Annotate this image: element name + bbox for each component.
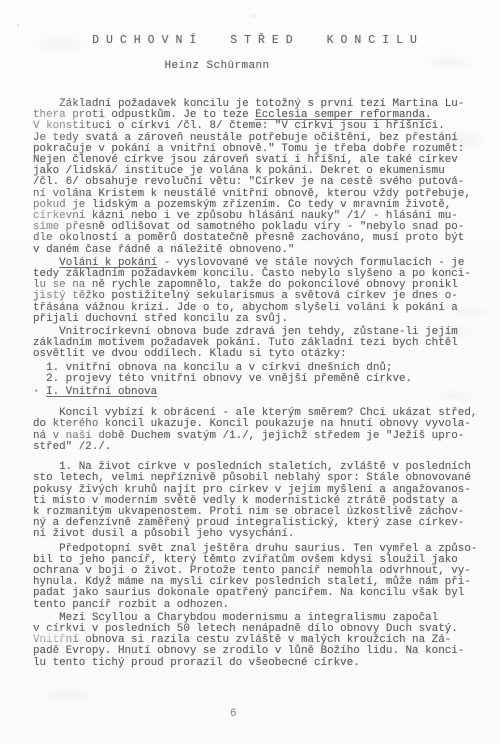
text-run: tento pancíř rozbit a odhozen.: [33, 599, 229, 611]
text-run: Mezi Scyllou a Charybdou modernismu a in…: [33, 612, 438, 624]
page-number: 6: [230, 708, 237, 720]
text-run: 2. projevy této vnitřní obnovy ve vnější…: [33, 373, 412, 385]
text-run: ní volána Kristem k neustálé vnitřní obn…: [33, 188, 471, 200]
text-run: střed" /2./.: [33, 441, 111, 453]
text-run: padě Evropy. Hnutí obnovy se zrodilo v l…: [33, 645, 464, 657]
text-run: ·: [33, 386, 46, 398]
underlined-text: I. Vnitřní obnova: [46, 386, 157, 398]
text-run: ná v naší době Duchem svatým /1./, jejic…: [33, 430, 464, 442]
text-run: pokračuje v pokání a vnitřní obnově." To…: [33, 143, 464, 155]
text-line: v daném čase řádně a náležitě obnoveno.": [33, 245, 488, 256]
text-line: lu tento tichý proud prorazil do všeobec…: [33, 658, 488, 669]
text-run: ti místo v moderním světě vedly k modern…: [33, 495, 458, 507]
text-run: ní život dusil a působil jeho vysychání.: [33, 528, 294, 540]
paragraph: Vnitrocírkevní obnova bude zdravá jen te…: [33, 327, 488, 361]
text-line: přijali duchovní střed koncilu za svůj.: [33, 314, 488, 325]
paragraph: Předpotopní svět znal ještěra druhu saur…: [33, 544, 488, 611]
text-run: V konstituci o církvi /čl. 8/ čteme: "V …: [33, 120, 445, 132]
paragraph: Mezi Scyllou a Charybdou modernismu a in…: [33, 613, 488, 669]
text-run: do kterého koncil ukazuje. Koncil poukaz…: [33, 418, 471, 430]
text-run: v daném čase řádně a náležitě obnoveno.": [33, 244, 294, 256]
text-line: střed" /2./.: [33, 442, 488, 453]
paragraph: Volání k pokání - vyslovované ve stále n…: [33, 258, 488, 325]
text-run: 1. vnitřní obnova na koncilu a v církvi …: [33, 362, 392, 374]
document-body: Základní požadavek koncilu je totožný s …: [33, 99, 488, 669]
text-run: sto letech, velmi nepříznivě působil neb…: [33, 472, 471, 484]
text-run: Předpotopní svět znal ještěra druhu saur…: [33, 543, 477, 555]
paragraph: Koncil vybízí k obrácení - ale kterým sm…: [33, 408, 488, 453]
list-item-group: 1. vnitřní obnova na koncilu a v církvi …: [33, 363, 488, 385]
text-run: lu tento tichý proud prorazil do všeobec…: [33, 657, 360, 669]
text-run: /čl. 6/ obsahuje revoluční větu: "Církev…: [33, 176, 464, 188]
text-run: bil to jeho pancíř, který těmto zvířatům…: [33, 554, 458, 566]
text-run: jistý těžko postižitelný sekularismus a …: [33, 290, 458, 302]
text-run: osvětlit ve dvou oddílech. Kladu si tyto…: [33, 348, 347, 360]
section-heading: · I. Vnitřní obnova: [33, 387, 488, 398]
text-run: třásána vážnou krizí. Jde o to, abychom …: [33, 302, 458, 314]
document-page: DUCHOVNÍ STŘED KONCILU Heinz Schürmann Z…: [0, 0, 500, 744]
text-run: přijali duchovní střed koncilu za svůj.: [33, 313, 288, 325]
text-line: ní život dusil a působil jeho vysychání.: [33, 529, 488, 540]
page-title: DUCHOVNÍ STŘED KONCILU: [8, 34, 500, 47]
paragraph: Základní požadavek koncilu je totožný s …: [33, 99, 488, 256]
text-line: · I. Vnitřní obnova: [33, 387, 488, 398]
author-name: Heinz Schürmann: [0, 60, 467, 72]
text-line: 2. projevy této vnitřní obnovy ve vnější…: [33, 374, 488, 385]
text-line: osvětlit ve dvou oddílech. Kladu si tyto…: [33, 349, 488, 360]
paragraph: 1. Na život církve v posledních staletíc…: [33, 462, 488, 540]
text-run: padat jako saurius dokonale opatřený pan…: [33, 587, 464, 599]
text-run: dle okolností a poměrů dostatečně přesně…: [33, 232, 464, 244]
text-run: Je tedy svatá a zároveň neustále potřebu…: [33, 132, 458, 144]
text-run: pokusy živých kruhů najít pro církev v j…: [33, 484, 471, 496]
text-line: tento pancíř rozbit a odhozen.: [33, 600, 488, 611]
